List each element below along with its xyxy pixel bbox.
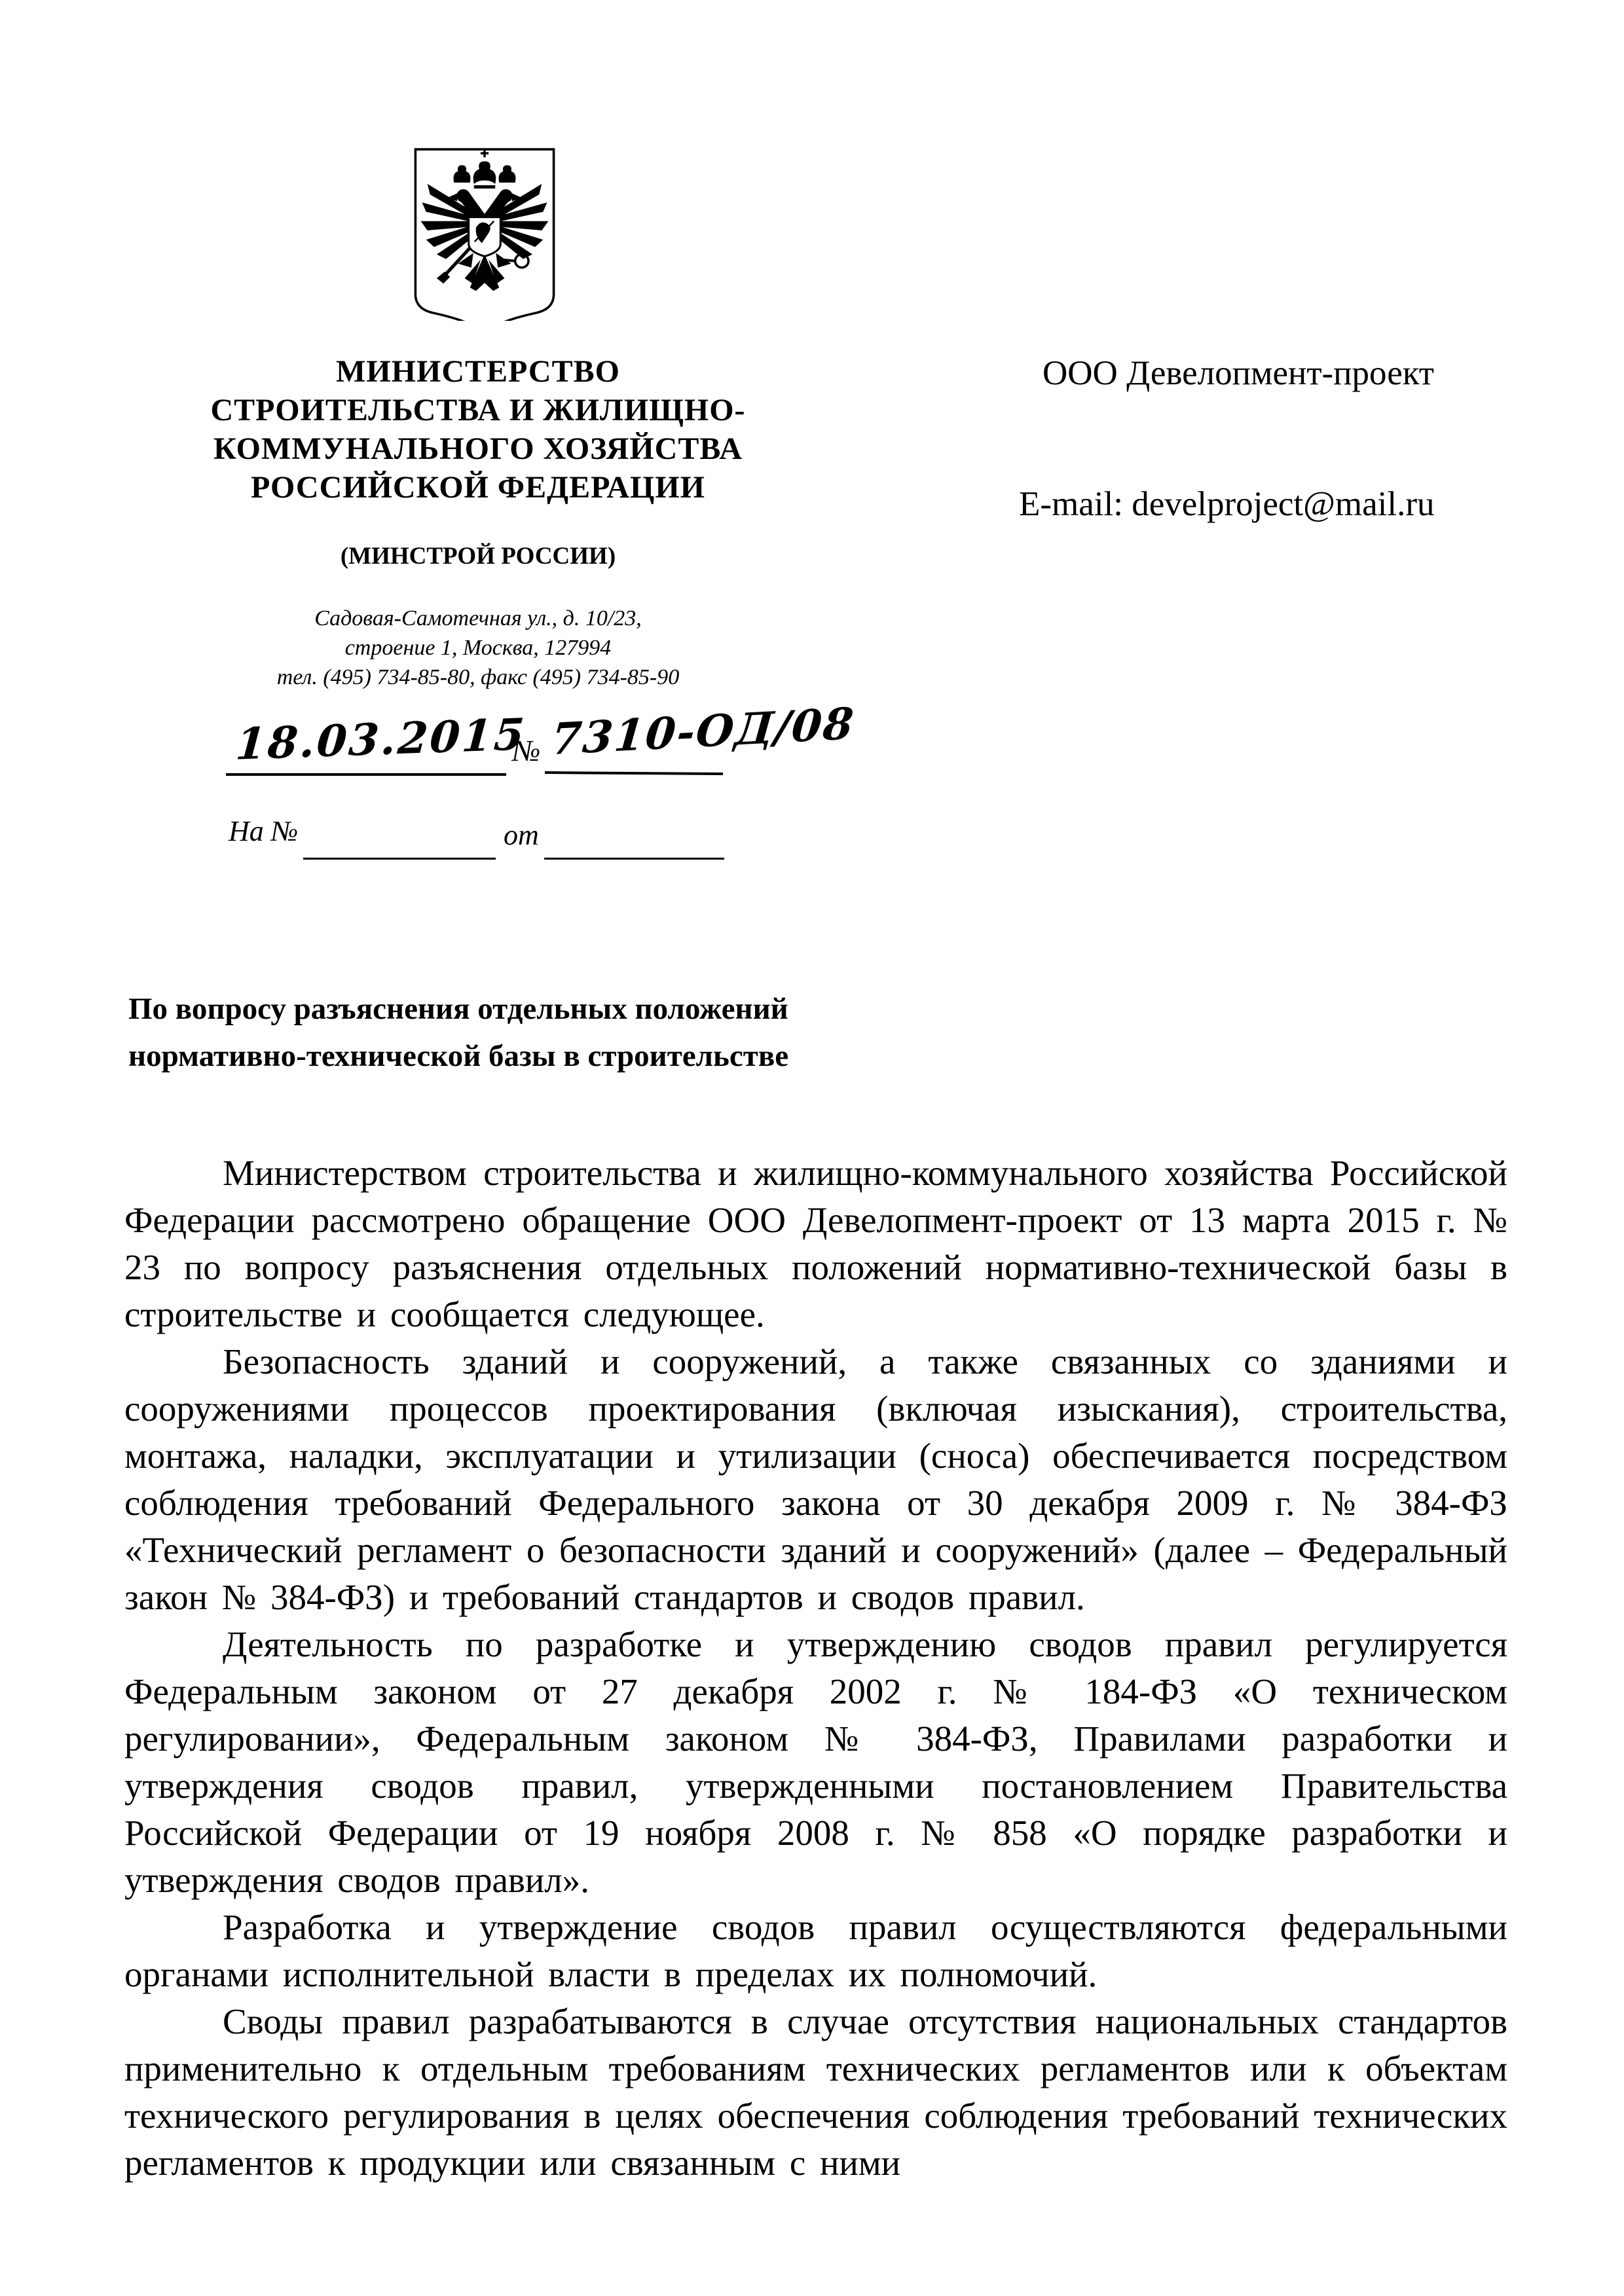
body-paragraph: Разработка и утверждение сводов правил о… (124, 1904, 1507, 1998)
recipient-name: ООО Девелопмент-проект (1043, 354, 1434, 393)
in-reply-to-label: На № (229, 814, 298, 848)
date-underline (226, 773, 506, 776)
scanned-letter-page: МИНИСТЕРСТВО СТРОИТЕЛЬСТВА И ЖИЛИЩНО- КО… (0, 0, 1624, 2296)
address-line: тел. (495) 734-85-80, факс (495) 734-85-… (151, 663, 805, 692)
in-reply-date-blank (544, 858, 724, 860)
subject-line: нормативно-технической базы в строительс… (128, 1032, 788, 1080)
body-paragraph: Министерством строительства и жилищно-ко… (124, 1150, 1507, 1338)
body-paragraph: Деятельность по разработке и утверждению… (124, 1621, 1507, 1904)
body-paragraph: Своды правил разрабатываются в случае от… (124, 1998, 1507, 2187)
ministry-name: МИНИСТЕРСТВО СТРОИТЕЛЬСТВА И ЖИЛИЩНО- КО… (151, 352, 805, 507)
russia-coat-of-arms-icon (411, 147, 558, 321)
subject-line: По вопросу разъяснения отдельных положен… (128, 985, 788, 1032)
number-sign-label: № (512, 733, 540, 768)
ministry-name-line: РОССИЙСКОЙ ФЕДЕРАЦИИ (151, 468, 805, 507)
ministry-name-line: СТРОИТЕЛЬСТВА И ЖИЛИЩНО- (151, 391, 805, 429)
in-reply-number-blank (303, 858, 496, 860)
ministry-name-line: МИНИСТЕРСТВО (151, 352, 805, 391)
recipient-email: E-mail: develproject@mail.ru (1019, 484, 1435, 524)
number-underline (545, 771, 723, 775)
ministry-name-line: КОММУНАЛЬНОГО ХОЗЯЙСТВА (151, 429, 805, 468)
address-line: Садовая-Самотечная ул., д. 10/23, (151, 604, 805, 633)
body-paragraph: Безопасность зданий и сооружений, а такж… (124, 1338, 1507, 1621)
outgoing-number-handwritten: 7310-ОД/08 (549, 698, 857, 765)
address-line: строение 1, Москва, 127994 (151, 633, 805, 663)
in-reply-from-label: от (504, 818, 539, 852)
letter-body: Министерством строительства и жилищно-ко… (124, 1150, 1507, 2187)
outgoing-date-handwritten: 18.03.2015 (234, 708, 528, 770)
letter-subject: По вопросу разъяснения отдельных положен… (128, 985, 788, 1080)
ministry-address: Садовая-Самотечная ул., д. 10/23, строен… (151, 604, 805, 692)
ministry-short-name: (МИНСТРОЙ РОССИИ) (151, 542, 805, 570)
